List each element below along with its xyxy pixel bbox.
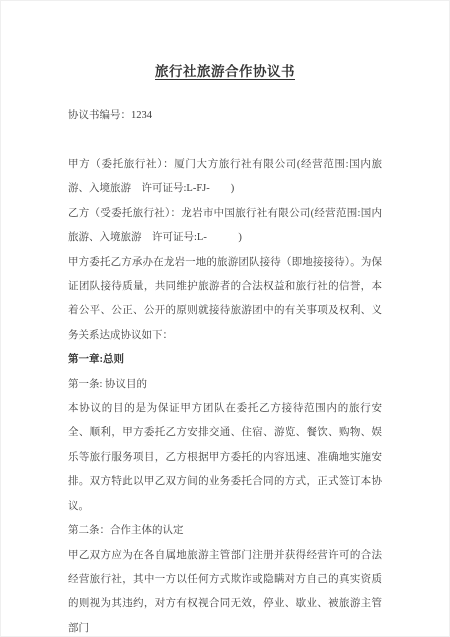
article-1-paragraph: 本协议的目的是为保证甲方团队在委托乙方接待范围内的旅行安全、顺利，甲方委托乙方安… — [68, 397, 382, 519]
document-title-text: 旅行社旅游合作协议书 — [155, 64, 295, 79]
preamble-paragraph: 甲方委托乙方承办在龙岩一地的旅游团队接待（即地接接待）。为保证团队接待质量，共同… — [68, 251, 382, 349]
document-title: 旅行社旅游合作协议书 — [68, 62, 382, 82]
article-2-heading: 第二条：合作主体的认定 — [68, 519, 382, 543]
article-1-heading: 第一条: 协议目的 — [68, 373, 382, 397]
party-a-paragraph: 甲方（委托旅行社）：厦门大方旅行社有限公司(经营范围:国内旅游、入境旅游 许可证… — [68, 153, 382, 202]
document-body: 甲方（委托旅行社）：厦门大方旅行社有限公司(经营范围:国内旅游、入境旅游 许可证… — [68, 153, 382, 637]
party-b-paragraph: 乙方（受委托旅行社）：龙岩市中国旅行社有限公司(经营范围:国内旅游、入境旅游 许… — [68, 202, 382, 251]
chapter-1-heading: 第一章:总则 — [68, 348, 382, 372]
article-2-paragraph: 甲乙双方应为在各自属地旅游主管部门注册并获得经营许可的合法经营旅行社，其中一方以… — [68, 544, 382, 637]
agreement-number: 协议书编号：1234 — [68, 108, 382, 124]
document-page: 旅行社旅游合作协议书 协议书编号：1234 甲方（委托旅行社）：厦门大方旅行社有… — [0, 0, 450, 637]
